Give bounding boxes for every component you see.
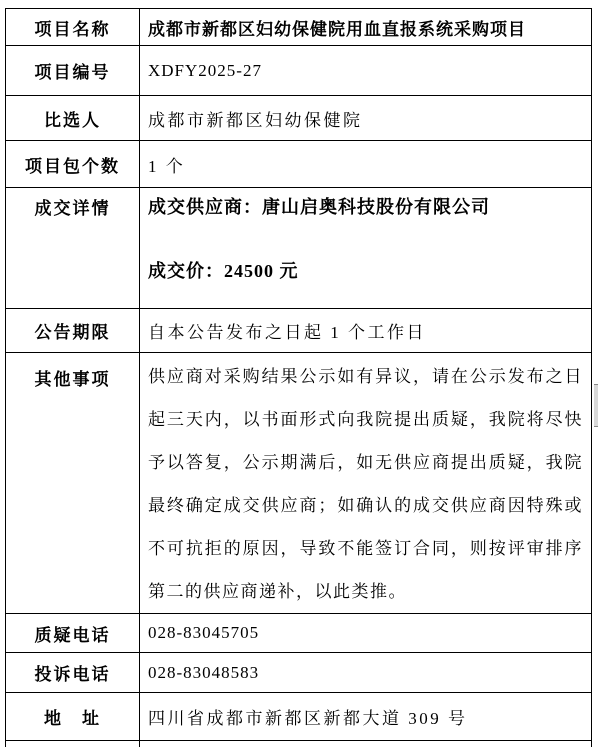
row-label-deal-details: 成交详情 <box>6 188 140 309</box>
table-row-project-name: 项目名称 成都市新都区妇幼保健院用血直报系统采购项目 <box>6 9 592 46</box>
row-value-announcement-period: 自本公告发布之日起 1 个工作日 <box>140 309 592 353</box>
row-value-partial <box>140 741 592 747</box>
table-row-complaint-phone: 投诉电话 028-83048583 <box>6 653 592 693</box>
row-value-other-matters: 供应商对采购结果公示如有异议，请在公示发布之日起三天内，以书面形式向我院提出质疑… <box>140 353 592 614</box>
row-label-other-matters: 其他事项 <box>6 353 140 614</box>
row-value-complaint-phone: 028-83048583 <box>140 653 592 693</box>
procurement-result-table: 项目名称 成都市新都区妇幼保健院用血直报系统采购项目 项目编号 XDFY2025… <box>5 8 592 747</box>
row-label-announcement-period: 公告期限 <box>6 309 140 353</box>
table-row-project-number: 项目编号 XDFY2025-27 <box>6 46 592 96</box>
row-value-query-phone: 028-83045705 <box>140 614 592 653</box>
row-label-query-phone: 质疑电话 <box>6 614 140 653</box>
row-label-partial <box>6 741 140 747</box>
row-value-selector: 成都市新都区妇幼保健院 <box>140 96 592 141</box>
table-row-address: 地 址 四川省成都市新都区新都大道 309 号 <box>6 693 592 741</box>
row-label-project-number: 项目编号 <box>6 46 140 96</box>
table-row-deal-details: 成交详情 成交供应商：唐山启奥科技股份有限公司 成交价：24500 元 <box>6 188 592 309</box>
row-label-package-count: 项目包个数 <box>6 141 140 188</box>
row-value-address: 四川省成都市新都区新都大道 309 号 <box>140 693 592 741</box>
table-row-selector: 比选人 成都市新都区妇幼保健院 <box>6 96 592 141</box>
deal-price-line: 成交价：24500 元 <box>148 257 583 283</box>
row-label-complaint-phone: 投诉电话 <box>6 653 140 693</box>
row-value-project-name: 成都市新都区妇幼保健院用血直报系统采购项目 <box>140 9 592 46</box>
table-row-announcement-period: 公告期限 自本公告发布之日起 1 个工作日 <box>6 309 592 353</box>
scrollbar-thumb[interactable] <box>594 384 598 427</box>
row-label-address: 地 址 <box>6 693 140 741</box>
table-row-partial-clipped <box>6 741 592 747</box>
row-label-selector: 比选人 <box>6 96 140 141</box>
row-value-deal-details: 成交供应商：唐山启奥科技股份有限公司 成交价：24500 元 <box>140 188 592 309</box>
table-row-query-phone: 质疑电话 028-83045705 <box>6 614 592 653</box>
table-row-other-matters: 其他事项 供应商对采购结果公示如有异议，请在公示发布之日起三天内，以书面形式向我… <box>6 353 592 614</box>
table-row-package-count: 项目包个数 1 个 <box>6 141 592 188</box>
row-value-package-count: 1 个 <box>140 141 592 188</box>
deal-supplier-line: 成交供应商：唐山启奥科技股份有限公司 <box>148 193 583 219</box>
row-value-project-number: XDFY2025-27 <box>140 46 592 96</box>
row-label-project-name: 项目名称 <box>6 9 140 46</box>
